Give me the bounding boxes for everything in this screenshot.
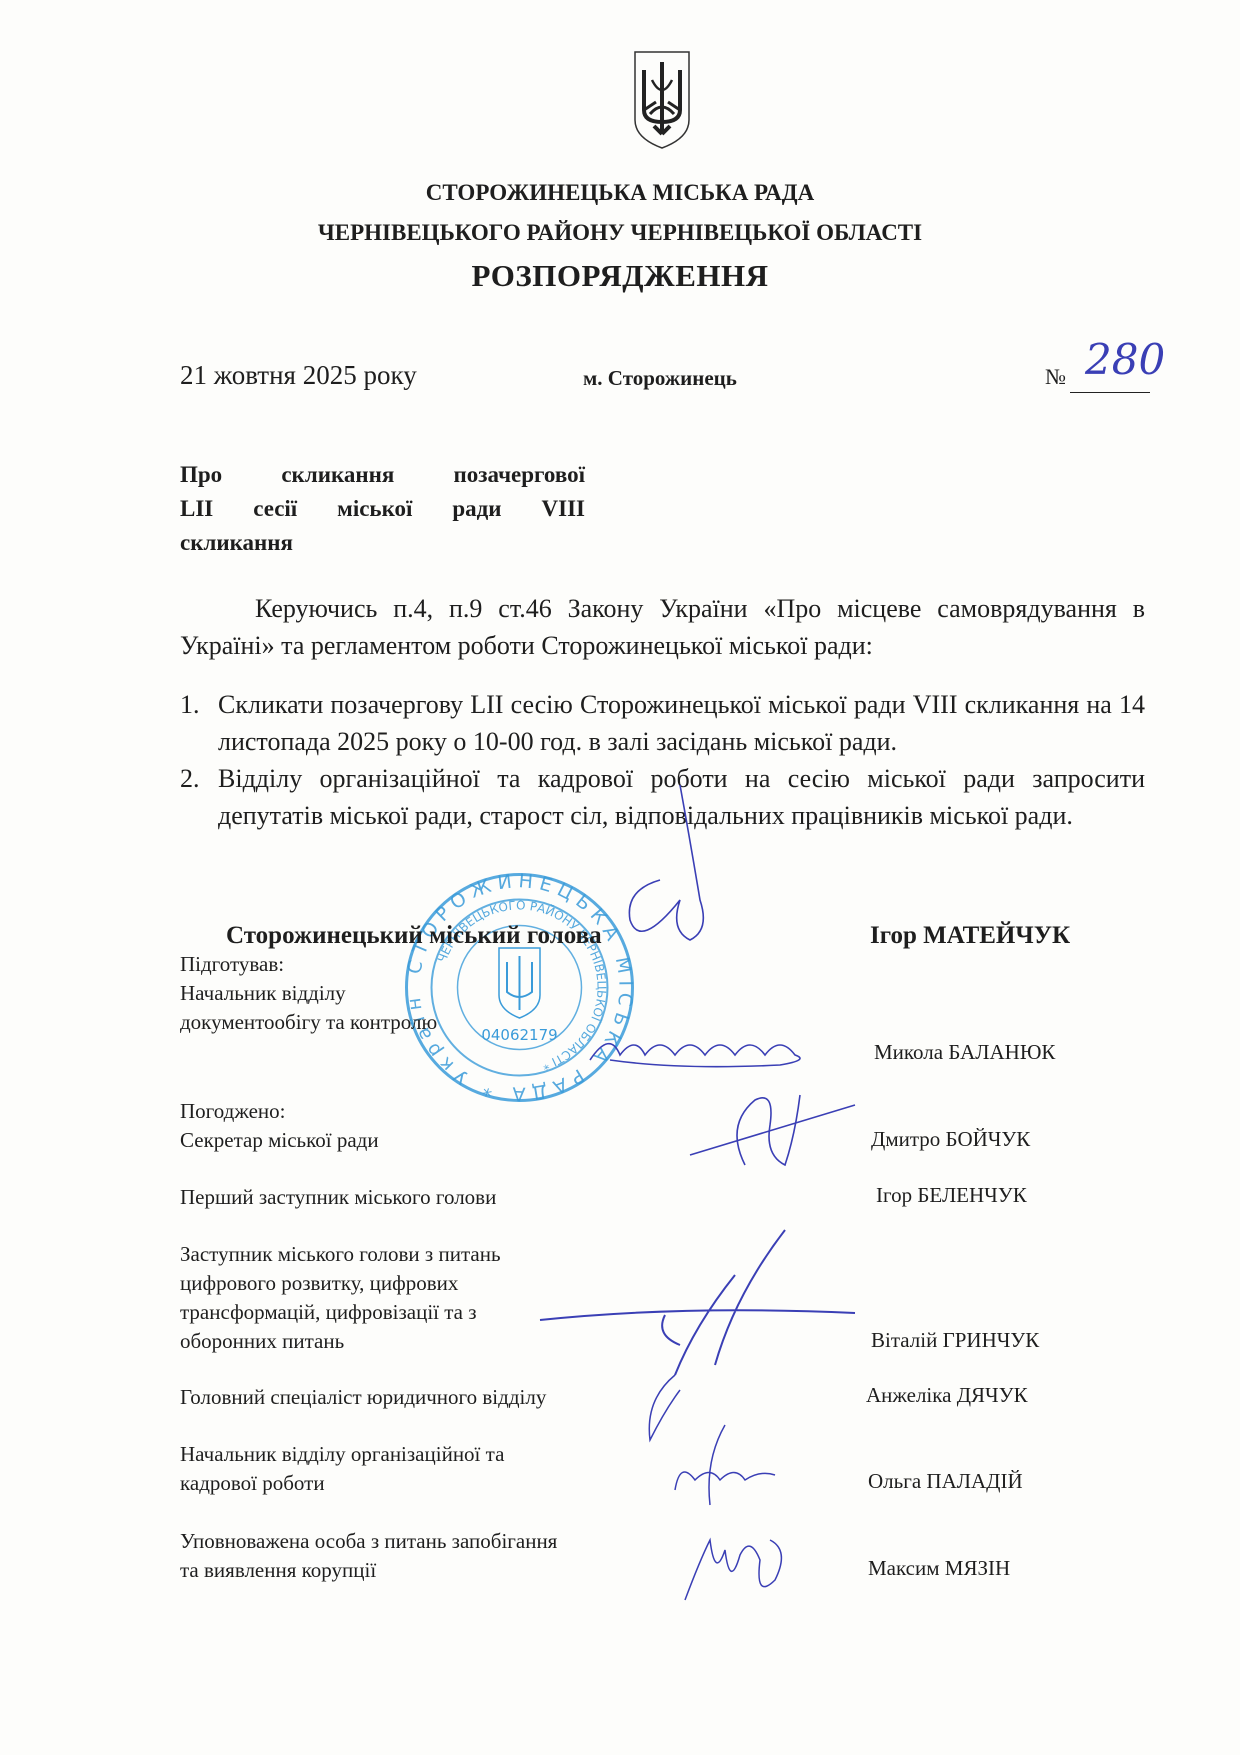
list-item: 1. Скликати позачергову LII сесію Сторож…	[180, 686, 1145, 760]
signature-boichuk	[685, 1085, 865, 1175]
signatory-role-line: Головний спеціаліст юридичного відділу	[180, 1383, 546, 1412]
resolution-items: 1. Скликати позачергову LII сесію Сторож…	[180, 686, 1145, 834]
signatory-role-line: Уповноважена особа з питань запобігання	[180, 1527, 557, 1556]
subject-line: Про скликання позачергової	[180, 458, 585, 492]
signatory-role-line: документообігу та контролю	[180, 1008, 437, 1037]
signatory-block-legal: Головний спеціаліст юридичного відділу	[180, 1383, 546, 1412]
number-label: №	[1045, 364, 1066, 390]
preamble-paragraph: Керуючись п.4, п.9 ст.46 Закону України …	[180, 590, 1145, 664]
signatory-role-line: Заступник міського голови з питань	[180, 1240, 501, 1269]
subject-line: скликання	[180, 526, 585, 560]
signatory-role-line: оборонних питань	[180, 1327, 501, 1356]
signatory-name: Максим МЯЗІН	[868, 1556, 1010, 1581]
mayor-name: Ігор МАТЕЙЧУК	[870, 922, 1070, 950]
signatory-block-anticorruption: Уповноважена особа з питань запобігання …	[180, 1527, 557, 1585]
trident-icon	[632, 50, 692, 150]
signatory-name: Дмитро БОЙЧУК	[871, 1127, 1030, 1152]
number-underline	[1070, 392, 1150, 393]
document-type-title: РОЗПОРЯДЖЕННЯ	[0, 258, 1240, 294]
org-name-line2: ЧЕРНІВЕЦЬКОГО РАЙОНУ ЧЕРНІВЕЦЬКОЇ ОБЛАСТ…	[0, 220, 1240, 246]
signatory-role-line: цифрового розвитку, цифрових	[180, 1269, 501, 1298]
org-name-line1: СТОРОЖИНЕЦЬКА МІСЬКА РАДА	[0, 180, 1240, 206]
svg-text:04062179: 04062179	[481, 1026, 557, 1044]
signatory-block-first-deputy: Перший заступник міського голови	[180, 1183, 496, 1212]
signatory-role-line: та виявлення корупції	[180, 1556, 557, 1585]
mayor-title: Сторожинецький міський голова	[226, 922, 602, 950]
list-item: 2. Відділу організаційної та кадрової ро…	[180, 760, 1145, 834]
signatory-block-agreed: Погоджено: Секретар міської ради	[180, 1097, 379, 1155]
signatory-role-line: Начальник відділу	[180, 979, 437, 1008]
signatory-role-line: Секретар міської ради	[180, 1126, 379, 1155]
document-date: 21 жовтня 2025 року	[180, 360, 417, 391]
signatory-role-line: Підготував:	[180, 950, 437, 979]
signature-diachuk	[640, 1370, 700, 1450]
document-subject: Про скликання позачергової LII сесії міс…	[180, 458, 585, 560]
list-item-number: 2.	[180, 760, 200, 797]
list-item-text: Скликати позачергову LII сесію Сторожине…	[218, 690, 1145, 756]
signatory-name: Ігор БЕЛЕНЧУК	[876, 1183, 1027, 1208]
document-place: м. Сторожинець	[583, 366, 737, 391]
signature-hrynchuk	[535, 1225, 875, 1385]
signatory-role-line: Погоджено:	[180, 1097, 379, 1126]
signatory-role-line: Перший заступник міського голови	[180, 1183, 496, 1212]
signatory-name: Віталій ГРИНЧУК	[871, 1328, 1039, 1353]
signatory-block-digital-deputy: Заступник міського голови з питань цифро…	[180, 1240, 501, 1356]
signatory-block-prepared: Підготував: Начальник відділу документоо…	[180, 950, 437, 1037]
signatory-role-line: Начальник відділу організаційної та	[180, 1440, 504, 1469]
signatory-name: Анжеліка ДЯЧУК	[866, 1383, 1028, 1408]
signatory-name: Микола БАЛАНЮК	[874, 1040, 1055, 1065]
signatory-block-org-dept: Начальник відділу організаційної та кадр…	[180, 1440, 504, 1498]
signatory-role-line: трансформацій, цифровізації та з	[180, 1298, 501, 1327]
list-item-number: 1.	[180, 686, 200, 723]
handwritten-number: 280	[1085, 335, 1165, 384]
official-stamp: СТОРОЖИНЕЦЬКА МІСЬКА РАДА * Україна * ЧЕ…	[402, 870, 637, 1105]
list-item-text: Відділу організаційної та кадрової робот…	[218, 764, 1145, 830]
signature-miazin	[680, 1530, 800, 1605]
signature-paladii	[665, 1420, 795, 1510]
signatory-role-line: кадрової роботи	[180, 1469, 504, 1498]
signatory-name: Ольга ПАЛАДІЙ	[868, 1469, 1023, 1494]
subject-line: LII сесії міської ради VIII	[180, 492, 585, 526]
